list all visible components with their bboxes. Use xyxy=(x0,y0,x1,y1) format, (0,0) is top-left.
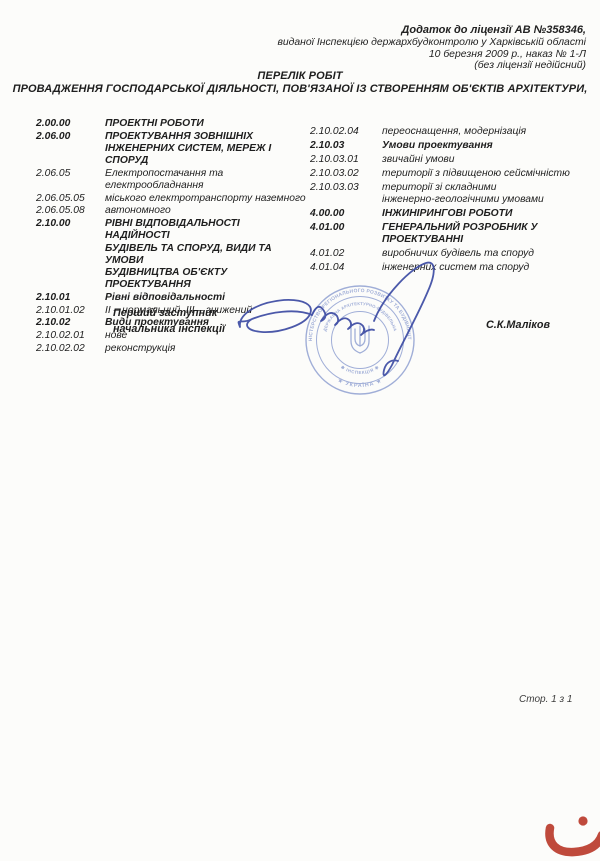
work-item-description: ГЕНЕРАЛЬНИЙ РОЗРОБНИК У ПРОЕКТУВАННІ xyxy=(382,222,590,246)
header-line-date: 10 березня 2009 р., наказ № 1-Л xyxy=(277,49,586,61)
work-item-code: 2.06.05 xyxy=(36,168,105,192)
work-item-description: ІНЖИНІРИНГОВІ РОБОТИ xyxy=(382,208,590,220)
work-item-row: 2.06.05.05 міського електротранспорту на… xyxy=(36,193,306,205)
work-item-description: автономного xyxy=(105,205,306,217)
signature-position-title: Перший заступник начальника інспекції xyxy=(113,306,225,337)
work-item-description: території зі складними інженерно-геологі… xyxy=(382,182,590,206)
work-item-code: 2.10.00 xyxy=(36,218,105,291)
work-item-code: 2.10.02.02 xyxy=(36,343,105,355)
work-item-row: 2.06.00 ПРОЕКТУВАННЯ ЗОВНІШНІХ ІНЖЕНЕРНИ… xyxy=(36,131,306,168)
title-line-1: ПЕРЕЛІК РОБІТ xyxy=(0,70,600,83)
work-item-code: 2.00.00 xyxy=(36,118,105,130)
work-item-description: ПРОЕКТНІ РОБОТИ xyxy=(105,118,306,130)
work-item-code: 2.06.05.08 xyxy=(36,205,105,217)
header-line-appendix: Додаток до ліцензії АВ №358346, xyxy=(277,25,586,37)
work-item-code: 2.10.02.04 xyxy=(310,126,382,138)
corner-logo-icon xyxy=(530,795,600,861)
work-item-code: 2.10.02 xyxy=(36,317,105,329)
signature-position-line-1: Перший заступник xyxy=(113,306,225,322)
work-item-code: 2.06.00 xyxy=(36,131,105,168)
work-item-description: ПРОЕКТУВАННЯ ЗОВНІШНІХ ІНЖЕНЕРНИХ СИСТЕМ… xyxy=(105,131,306,168)
signature-left-loop xyxy=(239,300,313,332)
work-item-row: 4.01.00 ГЕНЕРАЛЬНИЙ РОЗРОБНИК У ПРОЕКТУВ… xyxy=(310,222,590,246)
work-item-row: 2.10.03.01 звичайні умови xyxy=(310,154,590,166)
work-item-code: 2.10.03 xyxy=(310,140,382,152)
title-line-2: ПРОВАДЖЕННЯ ГОСПОДАРСЬКОЇ ДІЯЛЬНОСТІ, ПО… xyxy=(0,83,600,96)
page-number: Стор. 1 з 1 xyxy=(519,694,572,705)
work-item-row: 2.06.05 Електропостачання та електрообла… xyxy=(36,168,306,192)
license-header: Додаток до ліцензії АВ №358346, виданої … xyxy=(277,25,586,72)
signature-tall-stroke xyxy=(374,263,434,376)
handwritten-signature xyxy=(230,255,450,390)
signer-name: С.К.Маліков xyxy=(486,319,550,331)
work-item-description: Умови проектування xyxy=(382,140,590,152)
work-item-code: 2.10.03.02 xyxy=(310,168,382,180)
work-item-row: 2.10.03.02 території з підвищеною сейсмі… xyxy=(310,168,590,180)
work-item-code: 2.10.03.03 xyxy=(310,182,382,206)
work-item-description: Електропостачання та електрообладнання xyxy=(105,168,306,192)
work-item-row: 2.10.02.04 переоснащення, модернізація xyxy=(310,126,590,138)
work-item-code: 2.10.01.02 xyxy=(36,305,105,317)
work-item-row: 2.10.03 Умови проектування xyxy=(310,140,590,152)
work-item-description: звичайні умови xyxy=(382,154,590,166)
work-item-code: 4.00.00 xyxy=(310,208,382,220)
document-title: ПЕРЕЛІК РОБІТ ПРОВАДЖЕННЯ ГОСПОДАРСЬКОЇ … xyxy=(0,70,600,95)
work-item-code: 2.10.02.01 xyxy=(36,330,105,342)
work-list-right-column: 2.10.02.04 переоснащення, модернізація 2… xyxy=(310,126,590,276)
work-item-row: 2.06.05.08 автономного xyxy=(36,205,306,217)
document-page: Додаток до ліцензії АВ №358346, виданої … xyxy=(0,0,600,861)
signature-humps xyxy=(312,307,374,335)
work-item-code: 2.10.03.01 xyxy=(310,154,382,166)
header-line-issuer: виданої Інспекцією держархбудконтролю у … xyxy=(277,37,586,49)
work-item-row: 2.00.00 ПРОЕКТНІ РОБОТИ xyxy=(36,118,306,130)
work-item-description: міського електротранспорту наземного xyxy=(105,193,306,205)
work-item-row: 4.00.00 ІНЖИНІРИНГОВІ РОБОТИ xyxy=(310,208,590,220)
work-item-code: 2.06.05.05 xyxy=(36,193,105,205)
work-item-description: переоснащення, модернізація xyxy=(382,126,590,138)
work-item-code: 4.01.00 xyxy=(310,222,382,246)
work-item-description: території з підвищеною сейсмічністю xyxy=(382,168,590,180)
signature-position-line-2: начальника інспекції xyxy=(113,322,225,338)
work-item-code: 2.10.01 xyxy=(36,292,105,304)
work-item-row: 2.10.03.03 території зі складними інжене… xyxy=(310,182,590,206)
